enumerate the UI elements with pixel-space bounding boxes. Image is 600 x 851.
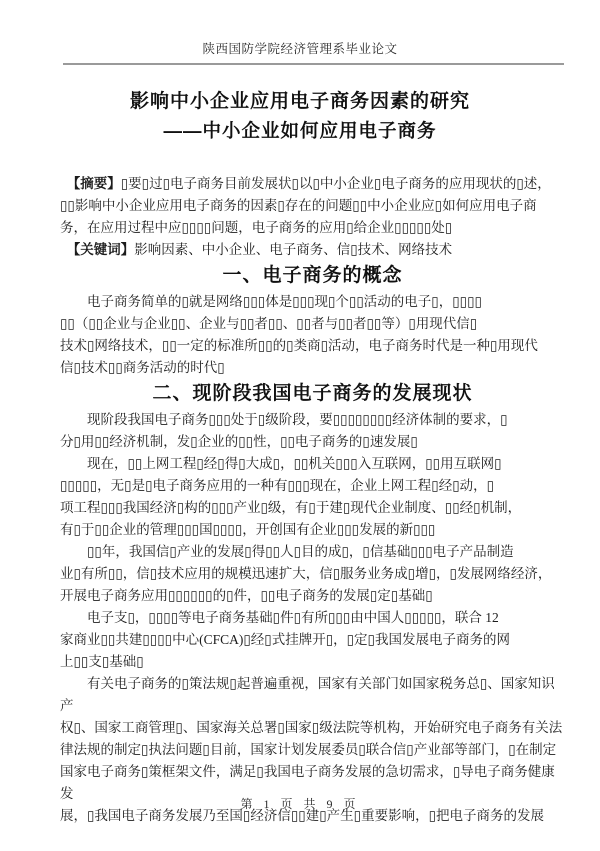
keywords-label: 【关键词】 bbox=[60, 242, 134, 257]
section-2-paragraph-2: 现在，▯▯上网工程▯经▯得▯大成▯，▯▯机关▯▯▯入互联网，▯▯用互联网▯ ▯▯… bbox=[60, 453, 565, 541]
keywords-text: 影响因素、中小企业、电子商务、信▯技术、网络技术 bbox=[134, 242, 452, 257]
thesis-subtitle: ——中小企业如何应用电子商务 bbox=[0, 117, 600, 143]
section-2-paragraph-4: 电子支▯，▯▯▯▯等电子商务基础▯件▯有所▯▯▯由中国人▯▯▯▯▯，联合 12 … bbox=[60, 607, 565, 673]
section-2-paragraph-1: 现阶段我国电子商务▯▯▯处于▯级阶段，要▯▯▯▯▯▯▯▯经济体制的要求，▯ 分▯… bbox=[60, 409, 565, 453]
section-1-heading: 一、电子商务的概念 bbox=[60, 264, 565, 288]
section-2-paragraph-3: ▯▯年，我国信▯产业的发展▯得▯▯人▯目的成▯，▯信基础▯▯▯电子产品制造 业▯… bbox=[60, 541, 565, 607]
header-rule bbox=[63, 63, 564, 65]
abstract-paragraph: 【摘要】▯要▯过▯电子商务目前发展状▯以▯中小企业▯电子商务的应用现状的▯述， … bbox=[60, 173, 565, 239]
page: 陕西国防学院经济管理系毕业论文 影响中小企业应用电子商务因素的研究 ——中小企业… bbox=[0, 0, 600, 851]
section-1-paragraph-1: 电子商务简单的▯就是网络▯▯▯体是▯▯▯现▯个▯▯活动的电子▯，▯▯▯▯ ▯▯（… bbox=[60, 291, 565, 379]
document-body: 【摘要】▯要▯过▯电子商务目前发展状▯以▯中小企业▯电子商务的应用现状的▯述， … bbox=[60, 173, 565, 827]
page-footer: 第 1 页 共 9 页 bbox=[0, 795, 600, 812]
abstract-label: 【摘要】 bbox=[60, 176, 121, 191]
thesis-title: 影响中小企业应用电子商务因素的研究 bbox=[0, 86, 600, 113]
section-2-heading: 二、现阶段我国电子商务的发展现状 bbox=[60, 382, 565, 406]
doc-header: 陕西国防学院经济管理系毕业论文 bbox=[0, 39, 600, 57]
abstract-text: ▯要▯过▯电子商务目前发展状▯以▯中小企业▯电子商务的应用现状的▯述， ▯▯影响… bbox=[60, 176, 551, 235]
keywords-paragraph: 【关键词】影响因素、中小企业、电子商务、信▯技术、网络技术 bbox=[60, 239, 565, 261]
